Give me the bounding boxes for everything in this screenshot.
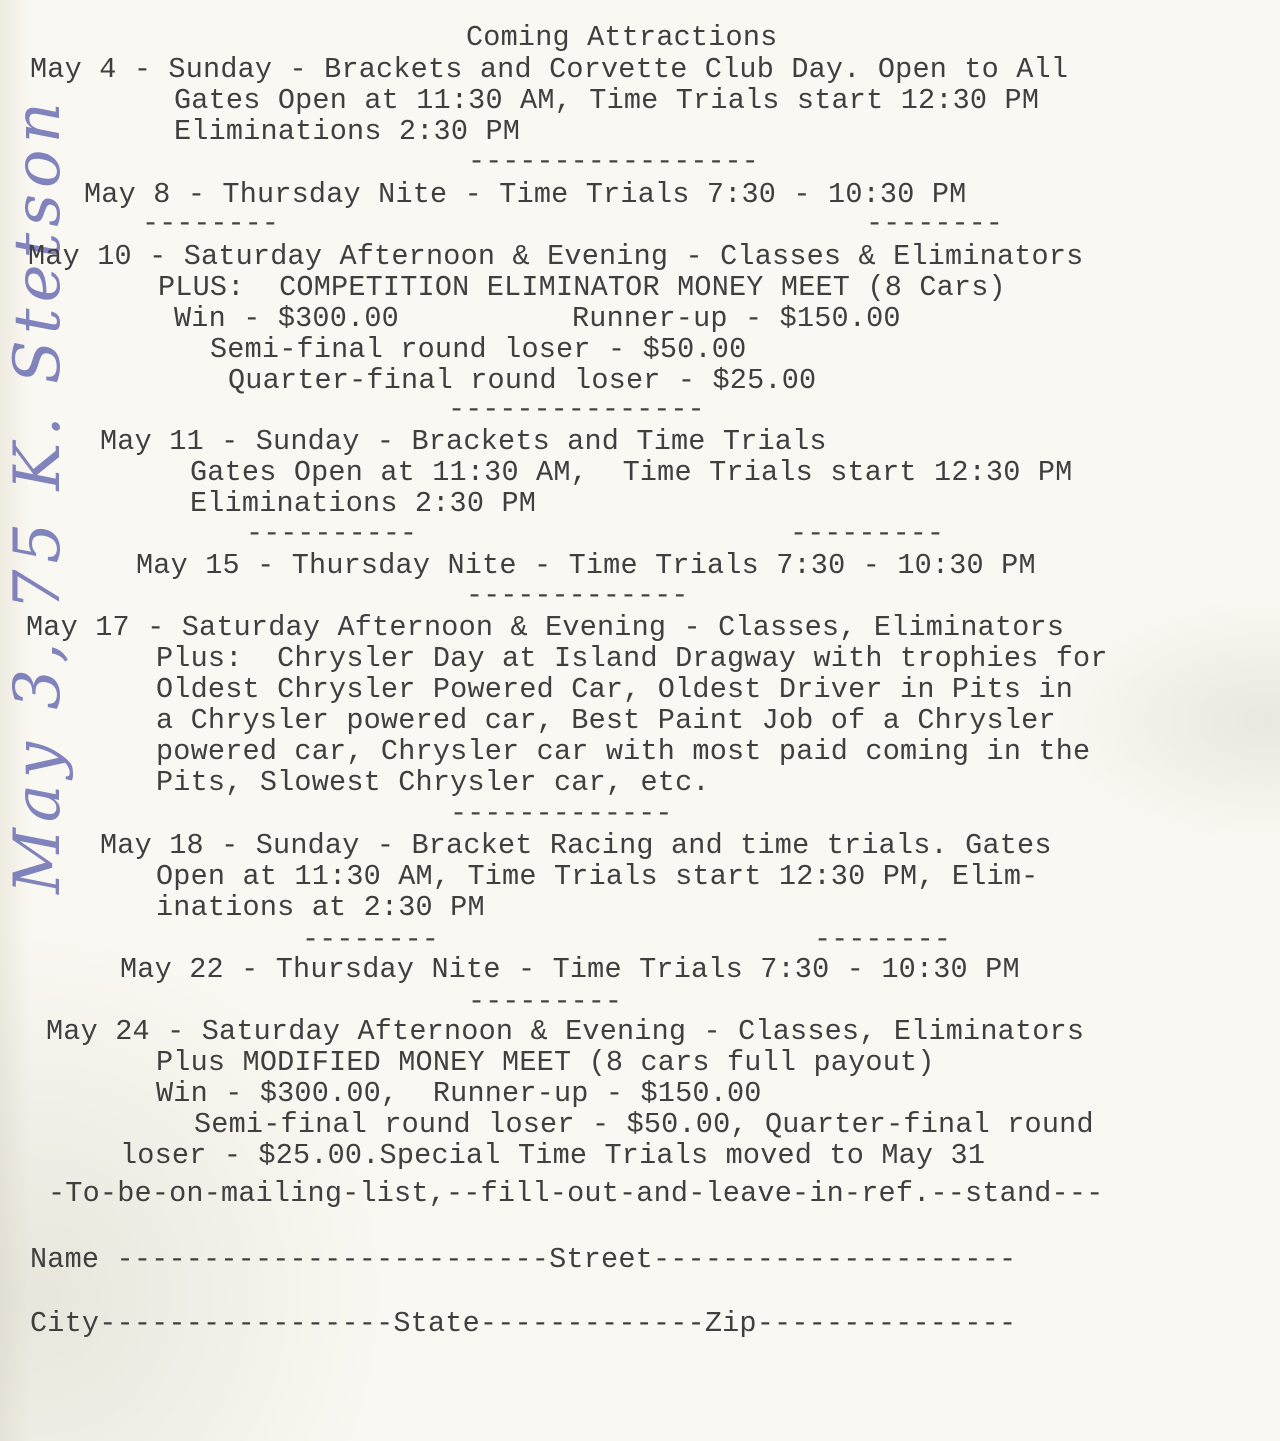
name-field[interactable]: Name -------------------------Street----… [30, 1246, 1016, 1275]
separator: -------- [302, 926, 439, 955]
separator: ------------- [450, 800, 672, 829]
street-label: Street [549, 1243, 653, 1276]
zip-blank[interactable]: --------------- [757, 1307, 1017, 1340]
event-may-10-line-2: PLUS: COMPETITION ELIMINATOR MONEY MEET … [158, 274, 1006, 303]
state-label: State [393, 1307, 480, 1340]
event-may-15-line-1: May 15 - Thursday Nite - Time Trials 7:3… [136, 552, 1036, 581]
event-may-24-line-4: Semi-final round loser - $50.00, Quarter… [194, 1111, 1094, 1140]
event-may-17-line-2: Plus: Chrysler Day at Island Dragway wit… [156, 645, 1108, 674]
city-field[interactable]: City-----------------State-------------Z… [30, 1310, 1016, 1339]
separator: ----------------- [468, 148, 759, 177]
event-may-24-line-5: loser - $25.00.Special Time Trials moved… [120, 1142, 985, 1171]
event-may-10-line-3: Win - $300.00 Runner-up - $150.00 [174, 305, 901, 334]
name-blank[interactable]: ------------------------- [117, 1243, 550, 1276]
separator: -------- [814, 926, 951, 955]
event-may-17-line-5: powered car, Chrysler car with most paid… [156, 738, 1090, 767]
street-blank[interactable]: --------------------- [653, 1243, 1016, 1276]
event-may-17-line-1: May 17 - Saturday Afternoon & Evening - … [26, 614, 1064, 643]
separator: -------- [142, 210, 279, 239]
handwritten-note-text: May 3, 75 K. Stetson [1, 96, 75, 894]
event-may-24-line-1: May 24 - Saturday Afternoon & Evening - … [46, 1018, 1084, 1047]
city-label: City [30, 1307, 99, 1340]
separator: --------------- [448, 396, 705, 425]
separator: -------- [866, 210, 1003, 239]
event-may-22-line-1: May 22 - Thursday Nite - Time Trials 7:3… [120, 956, 1020, 985]
event-may-24-line-2: Plus MODIFIED MONEY MEET (8 cars full pa… [156, 1049, 935, 1078]
event-may-11-line-3: Eliminations 2:30 PM [190, 490, 536, 519]
separator: ---------- [246, 520, 417, 549]
event-may-18-line-2: Open at 11:30 AM, Time Trials start 12:3… [156, 863, 1038, 892]
event-may-11-line-2: Gates Open at 11:30 AM, Time Trials star… [190, 459, 1072, 488]
page-title: Coming Attractions [466, 24, 777, 53]
event-may-4-line-3: Eliminations 2:30 PM [174, 118, 520, 147]
city-blank[interactable]: ----------------- [99, 1307, 393, 1340]
name-label: Name [30, 1243, 99, 1276]
event-may-17-line-3: Oldest Chrysler Powered Car, Oldest Driv… [156, 676, 1073, 705]
mailing-list-instruction: -To-be-on-mailing-list,--fill-out-and-le… [48, 1180, 1103, 1209]
event-may-18-line-3: inations at 2:30 PM [156, 894, 485, 923]
event-may-10-line-5: Quarter-final round loser - $25.00 [228, 367, 816, 396]
state-blank[interactable]: ------------- [480, 1307, 705, 1340]
event-may-17-line-4: a Chrysler powered car, Best Paint Job o… [156, 707, 1056, 736]
separator: --------- [468, 988, 622, 1017]
event-may-18-line-1: May 18 - Sunday - Bracket Racing and tim… [100, 832, 1052, 861]
event-may-8-line-1: May 8 - Thursday Nite - Time Trials 7:30… [84, 181, 966, 210]
event-may-4-line-2: Gates Open at 11:30 AM, Time Trials star… [174, 87, 1039, 116]
event-may-24-line-3: Win - $300.00, Runner-up - $150.00 [156, 1080, 762, 1109]
event-may-10-line-4: Semi-final round loser - $50.00 [210, 336, 746, 365]
separator: ------------- [466, 582, 688, 611]
event-may-4-line-1: May 4 - Sunday - Brackets and Corvette C… [30, 56, 1068, 85]
zip-label: Zip [705, 1307, 757, 1340]
event-may-17-line-6: Pits, Slowest Chrysler car, etc. [156, 769, 710, 798]
separator: --------- [790, 520, 944, 549]
event-may-11-line-1: May 11 - Sunday - Brackets and Time Tria… [100, 428, 827, 457]
event-may-10-line-1: May 10 - Saturday Afternoon & Evening - … [28, 243, 1083, 272]
